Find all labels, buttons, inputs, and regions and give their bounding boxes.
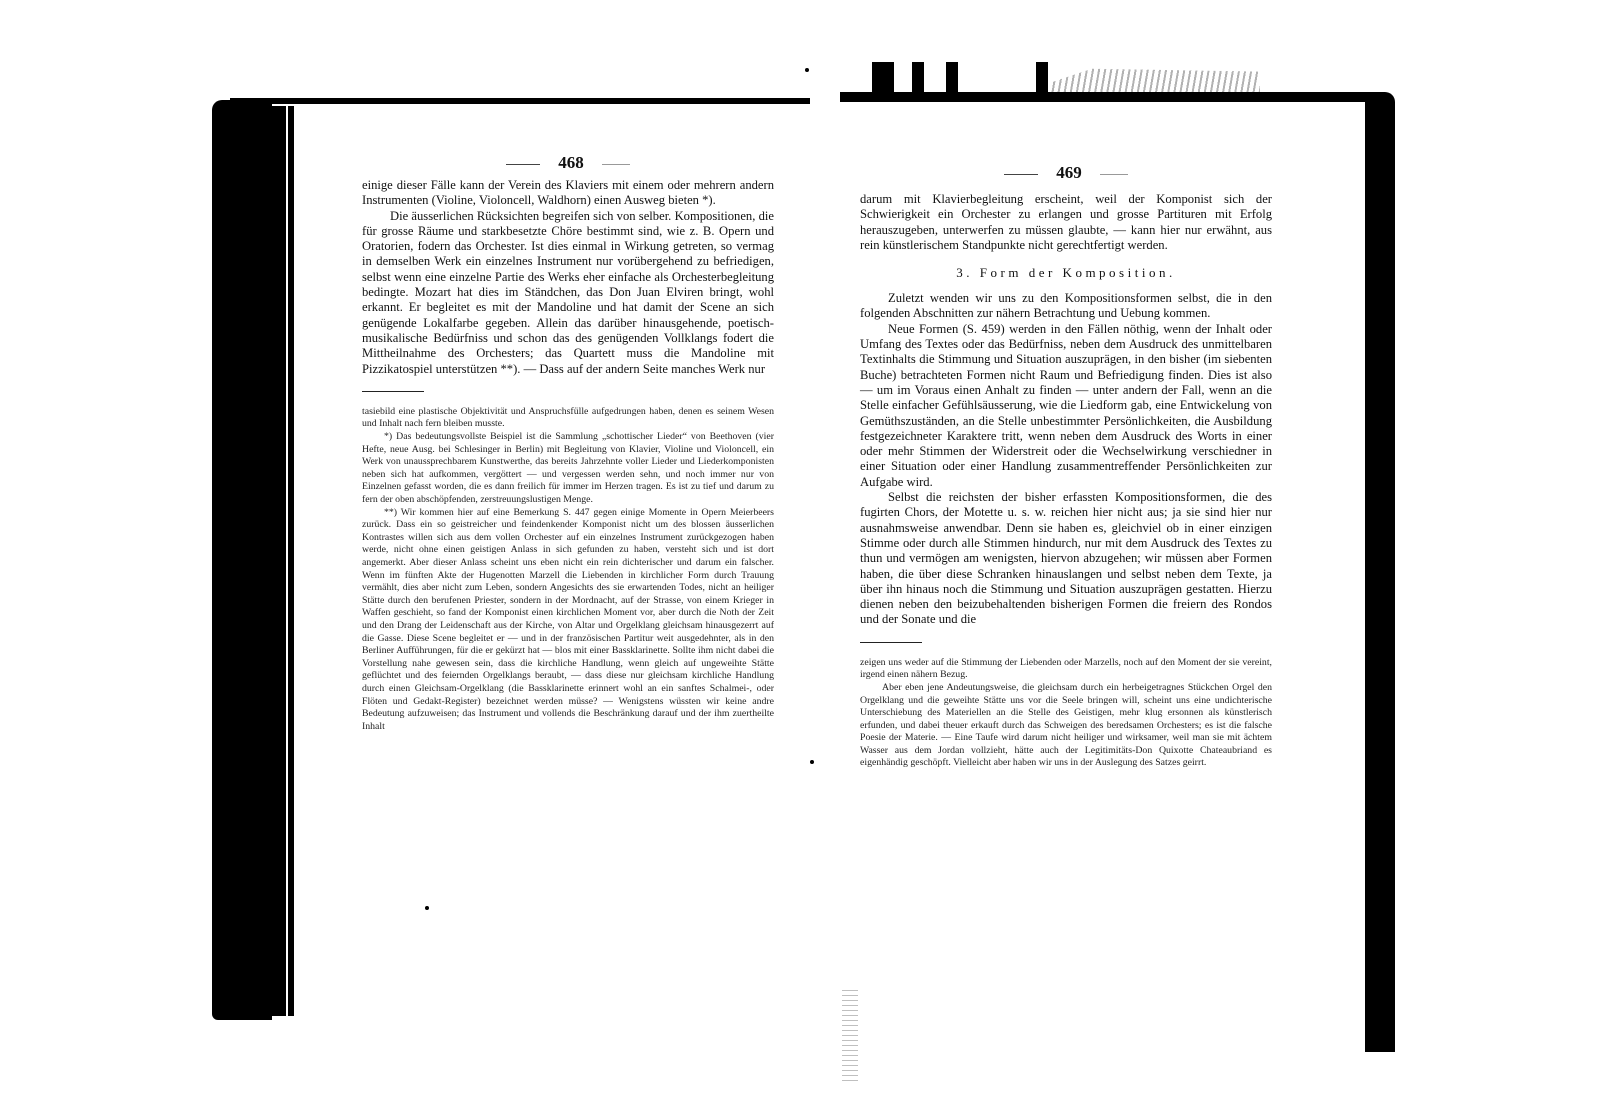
scan-dot <box>810 760 814 764</box>
book-top-edge-left <box>230 98 810 104</box>
bookmark-tab <box>1036 62 1048 98</box>
scan-noise <box>1050 66 1260 94</box>
footnotes: zeigen uns weder auf die Stimmung der Li… <box>860 657 1272 770</box>
paragraph: darum mit Klavierbegleitung erscheint, w… <box>860 192 1272 253</box>
book-cover-right-edge <box>1365 92 1395 1052</box>
book-cover-right-bottom <box>1372 990 1392 1035</box>
footnote: *) Das bedeutungsvollste Beispiel ist di… <box>362 431 774 507</box>
book-page-stack-left <box>272 106 294 1016</box>
footnote: zeigen uns weder auf die Stimmung der Li… <box>860 657 1272 682</box>
main-text: einige dieser Fälle kann der Verein des … <box>362 178 774 377</box>
book-cover-left-edge <box>212 100 272 1020</box>
bookmark-tab <box>872 62 894 98</box>
paragraph: einige dieser Fälle kann der Verein des … <box>362 178 774 209</box>
main-text: Zuletzt wenden wir uns zu den Kompositio… <box>860 291 1272 628</box>
paragraph: Die äusserlichen Rücksichten begreifen s… <box>362 209 774 377</box>
paragraph: Zuletzt wenden wir uns zu den Kompositio… <box>860 291 1272 322</box>
footnote-divider <box>362 391 424 392</box>
footnotes: tasiebild eine plastische Objektivität u… <box>362 406 774 733</box>
right-page: 469 darum mit Klavierbegleitung erschein… <box>860 150 1272 770</box>
paragraph: Selbst die reichsten der bisher erfasste… <box>860 490 1272 628</box>
bookmark-tab <box>912 62 924 98</box>
section-heading: 3. Form der Komposition. <box>860 265 1272 281</box>
footnote: **) Wir kommen hier auf eine Bemerkung S… <box>362 507 774 734</box>
footnote-divider <box>860 642 922 643</box>
page-number: 468 <box>362 150 774 176</box>
scan-marks <box>842 990 858 1085</box>
footnote: tasiebild eine plastische Objektivität u… <box>362 406 774 431</box>
footnote: Aber eben jene Andeutungsweise, die glei… <box>860 682 1272 770</box>
scan-dot <box>805 68 809 72</box>
main-text: darum mit Klavierbegleitung erscheint, w… <box>860 192 1272 253</box>
paragraph: Neue Formen (S. 459) werden in den Fälle… <box>860 322 1272 490</box>
bookmark-tab <box>946 62 958 98</box>
page-edge-line <box>286 100 288 1020</box>
scan-dot <box>425 906 429 910</box>
page-number: 469 <box>860 160 1272 186</box>
left-page: 468 einige dieser Fälle kann der Verein … <box>362 150 774 733</box>
